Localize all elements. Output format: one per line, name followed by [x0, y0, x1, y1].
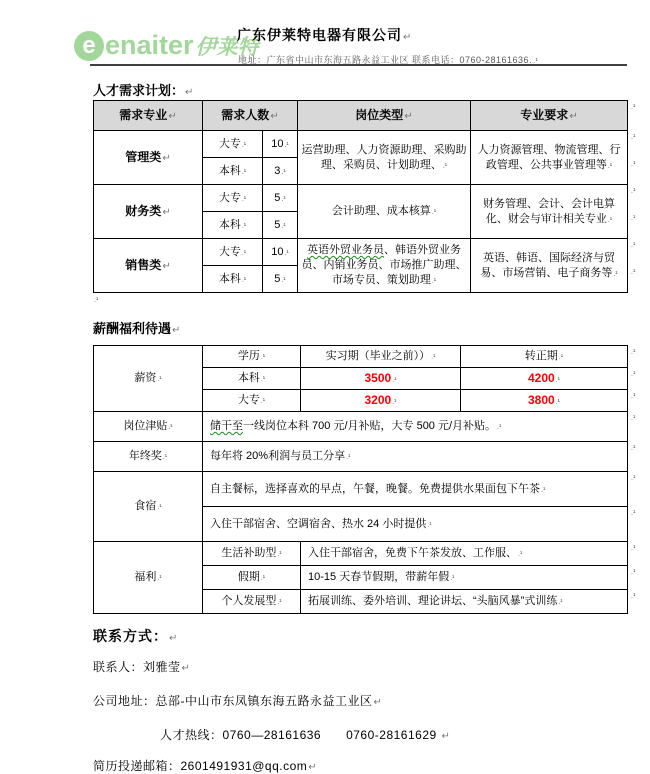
bonus-desc-cell: 每年将 20%利润与员工分享.¹ — [203, 442, 628, 472]
jobs-cell: 会计助理、成本核算.¹ — [298, 185, 471, 239]
welfare-type-cell: 生活补助型.¹ — [203, 542, 301, 566]
count-cell: 5.¹ — [263, 185, 298, 212]
header-divider — [90, 64, 627, 66]
paragraph-mark: ↵ — [182, 663, 191, 674]
spellcheck-wavy-text: 英语外贸业务员 — [307, 244, 384, 256]
row-end-mark: .¹ — [628, 566, 642, 590]
paragraph-mark: ↵ — [308, 762, 317, 773]
table-row: 岗位津贴.¹ 储干至一线岗位本科 700 元/月补贴，大专 500 元/月补贴。… — [94, 412, 642, 442]
talent-plan-table: 需求专业↵ 需求人数↵ 岗位类型↵ 专业要求↵ .¹ 管理类↵ 大专.¹ 10.… — [93, 100, 642, 293]
paragraph-mark: ↵ — [442, 731, 451, 742]
row-end-mark: .¹ — [628, 390, 642, 412]
category-cell: 财务类↵ — [94, 185, 203, 239]
allowance-label-cell: 岗位津贴.¹ — [94, 412, 203, 442]
welfare-desc-cell: 10-15 天春节假期，带薪年假.¹ — [301, 566, 628, 590]
welfare-desc-cell: 入住干部宿舍，免费下午茶发放、工作服、.¹ — [301, 542, 628, 566]
count-cell: 5.¹ — [263, 212, 298, 239]
company-title: 广东伊莱特电器有限公司↵ — [237, 25, 412, 45]
table-header-row: 需求专业↵ 需求人数↵ 岗位类型↵ 专业要求↵ .¹ — [94, 101, 642, 131]
row-end-mark: .¹ — [628, 158, 642, 185]
intern-period-header-cell: 实习期（毕业之前））.¹ — [301, 346, 461, 368]
benefits-table: 薪资.¹ 学历.¹ 实习期（毕业之前））.¹ 转正期.¹ .¹ 本科.¹ 350… — [93, 345, 642, 614]
regular-salary-value: 3800.¹ — [461, 390, 628, 412]
table-row: 销售类↵ 大专.¹ 10.¹ 英语外贸业务员、韩语外贸业务员、内销业务员、市场推… — [94, 239, 642, 266]
spellcheck-wavy-text: 储干至 — [210, 420, 243, 432]
logo-e-icon: e — [74, 31, 104, 61]
education-header-cell: 学历.¹ — [203, 346, 301, 368]
jobs-cell: 运营助理、人力资源助理、采购助理、采购员、计划助理、.¹ — [298, 131, 471, 185]
table-row: 年终奖.¹ 每年将 20%利润与员工分享.¹ .¹ — [94, 442, 642, 472]
row-end-mark: .¹ — [628, 346, 642, 368]
category-cell: 销售类↵ — [94, 239, 203, 293]
board-desc-cell: 自主餐标，选择喜欢的早点，午餐，晚餐。免费提供水果面包下午茶.¹ — [203, 472, 628, 507]
board-label-cell: 食宿.¹ — [94, 472, 203, 542]
majors-cell: 人力资源管理、物流管理、行政管理、公共事业管理等.¹ — [471, 131, 628, 185]
paragraph-mark: ↵ — [569, 111, 577, 122]
row-end-mark: .¹ — [628, 266, 642, 293]
empty-paragraph-mark: .¹ — [94, 297, 98, 304]
regular-salary-value: 4200.¹ — [461, 368, 628, 390]
contact-email: 简历投递邮箱：2601491931@qq.com↵ — [93, 757, 317, 774]
count-cell: 3.¹ — [263, 158, 298, 185]
row-end-mark: .¹ — [628, 101, 642, 131]
table-row: 财务类↵ 大专.¹ 5.¹ 会计助理、成本核算.¹ 财务管理、会计、会计电算化、… — [94, 185, 642, 212]
education-cell: 本科.¹ — [203, 212, 263, 239]
education-cell: 大专.¹ — [203, 390, 301, 412]
contact-heading: 联系方式：↵ — [93, 626, 178, 646]
education-cell: 大专.¹ — [203, 131, 263, 158]
table-row: 管理类↵ 大专.¹ 10.¹ 运营助理、人力资源助理、采购助理、采购员、计划助理… — [94, 131, 642, 158]
talent-plan-heading: 人才需求计划：↵ — [93, 80, 193, 99]
header-cell-count: 需求人数↵ — [203, 101, 298, 131]
row-end-mark: .¹ — [628, 239, 642, 266]
education-cell: 大专.¹ — [203, 239, 263, 266]
row-end-mark: .¹ — [628, 590, 642, 614]
majors-cell: 英语、韩语、国际经济与贸易、市场营销、电子商务等.¹ — [471, 239, 628, 293]
header-cell-major: 需求专业↵ — [94, 101, 203, 131]
contact-company-address: 公司地址：总部-中山市东凤镇东海五路永益工业区↵ — [93, 692, 382, 709]
page: e enaiter 伊莱特 广东伊莱特电器有限公司↵ 地址：广东省中山市东海五路… — [0, 0, 650, 774]
logo-wordmark: enaiter — [105, 30, 194, 61]
board-desc-cell: 入住干部宿舍、空调宿舍、热水 24 小时提供.¹ — [203, 507, 628, 542]
header-cell-requirement: 专业要求↵ — [471, 101, 628, 131]
education-cell: 本科.¹ — [203, 266, 263, 293]
paragraph-mark: ↵ — [270, 111, 278, 122]
education-cell: 大专.¹ — [203, 185, 263, 212]
contact-person: 联系人：刘雅莹↵ — [93, 658, 190, 675]
education-cell: 本科.¹ — [203, 368, 301, 390]
row-end-mark: .¹ — [628, 212, 642, 239]
paragraph-mark: ↵ — [374, 697, 383, 708]
salary-label-cell: 薪资.¹ — [94, 346, 203, 412]
education-cell: 本科.¹ — [203, 158, 263, 185]
row-end-mark: .¹ — [628, 542, 642, 566]
count-cell: 10.¹ — [263, 239, 298, 266]
row-end-mark: .¹ — [628, 442, 642, 472]
paragraph-mark: ↵ — [169, 633, 178, 644]
category-cell: 管理类↵ — [94, 131, 203, 185]
count-cell: 5.¹ — [263, 266, 298, 293]
header-cell-jobtype: 岗位类型↵ — [298, 101, 471, 131]
row-end-mark: .¹ — [628, 185, 642, 212]
paragraph-mark: ↵ — [403, 32, 412, 43]
row-end-mark: .¹ — [628, 412, 642, 442]
majors-cell: 财务管理、会计、会计电算化、财会与审计相关专业.¹ — [471, 185, 628, 239]
row-end-mark: .¹ — [628, 131, 642, 158]
paragraph-mark: ↵ — [404, 111, 412, 122]
welfare-desc-cell: 拓展训练、委外培训、理论讲坛、“头脑风暴”式训练.¹ — [301, 590, 628, 614]
row-end-mark: .¹ — [628, 507, 642, 542]
intern-salary-value: 3200.¹ — [301, 390, 461, 412]
table-row: 食宿.¹ 自主餐标，选择喜欢的早点，午餐，晚餐。免费提供水果面包下午茶.¹ .¹ — [94, 472, 642, 507]
jobs-cell: 英语外贸业务员、韩语外贸业务员、内销业务员、市场推广助理、市场专员、策划助理.¹ — [298, 239, 471, 293]
benefits-heading: 薪酬福利待遇↵ — [93, 318, 180, 337]
table-row: 薪资.¹ 学历.¹ 实习期（毕业之前））.¹ 转正期.¹ .¹ — [94, 346, 642, 368]
row-end-mark: .¹ — [628, 368, 642, 390]
welfare-type-cell: 个人发展型.¹ — [203, 590, 301, 614]
welfare-type-cell: 假期.¹ — [203, 566, 301, 590]
welfare-label-cell: 福利.¹ — [94, 542, 203, 614]
allowance-desc-cell: 储干至一线岗位本科 700 元/月补贴，大专 500 元/月补贴。.¹ — [203, 412, 628, 442]
contact-hotline: 人才热线：0760—28161636 0760-28161629 ↵ — [160, 726, 450, 743]
count-cell: 10.¹ — [263, 131, 298, 158]
regular-period-header-cell: 转正期.¹ — [461, 346, 628, 368]
table-row: 福利.¹ 生活补助型.¹ 入住干部宿舍，免费下午茶发放、工作服、.¹ .¹ — [94, 542, 642, 566]
paragraph-mark: ↵ — [168, 111, 176, 122]
paragraph-mark: ↵ — [172, 325, 180, 336]
bonus-label-cell: 年终奖.¹ — [94, 442, 203, 472]
intern-salary-value: 3500.¹ — [301, 368, 461, 390]
logo: e enaiter 伊莱特 — [74, 30, 259, 61]
paragraph-mark: ↵ — [185, 87, 193, 98]
row-end-mark: .¹ — [628, 472, 642, 507]
